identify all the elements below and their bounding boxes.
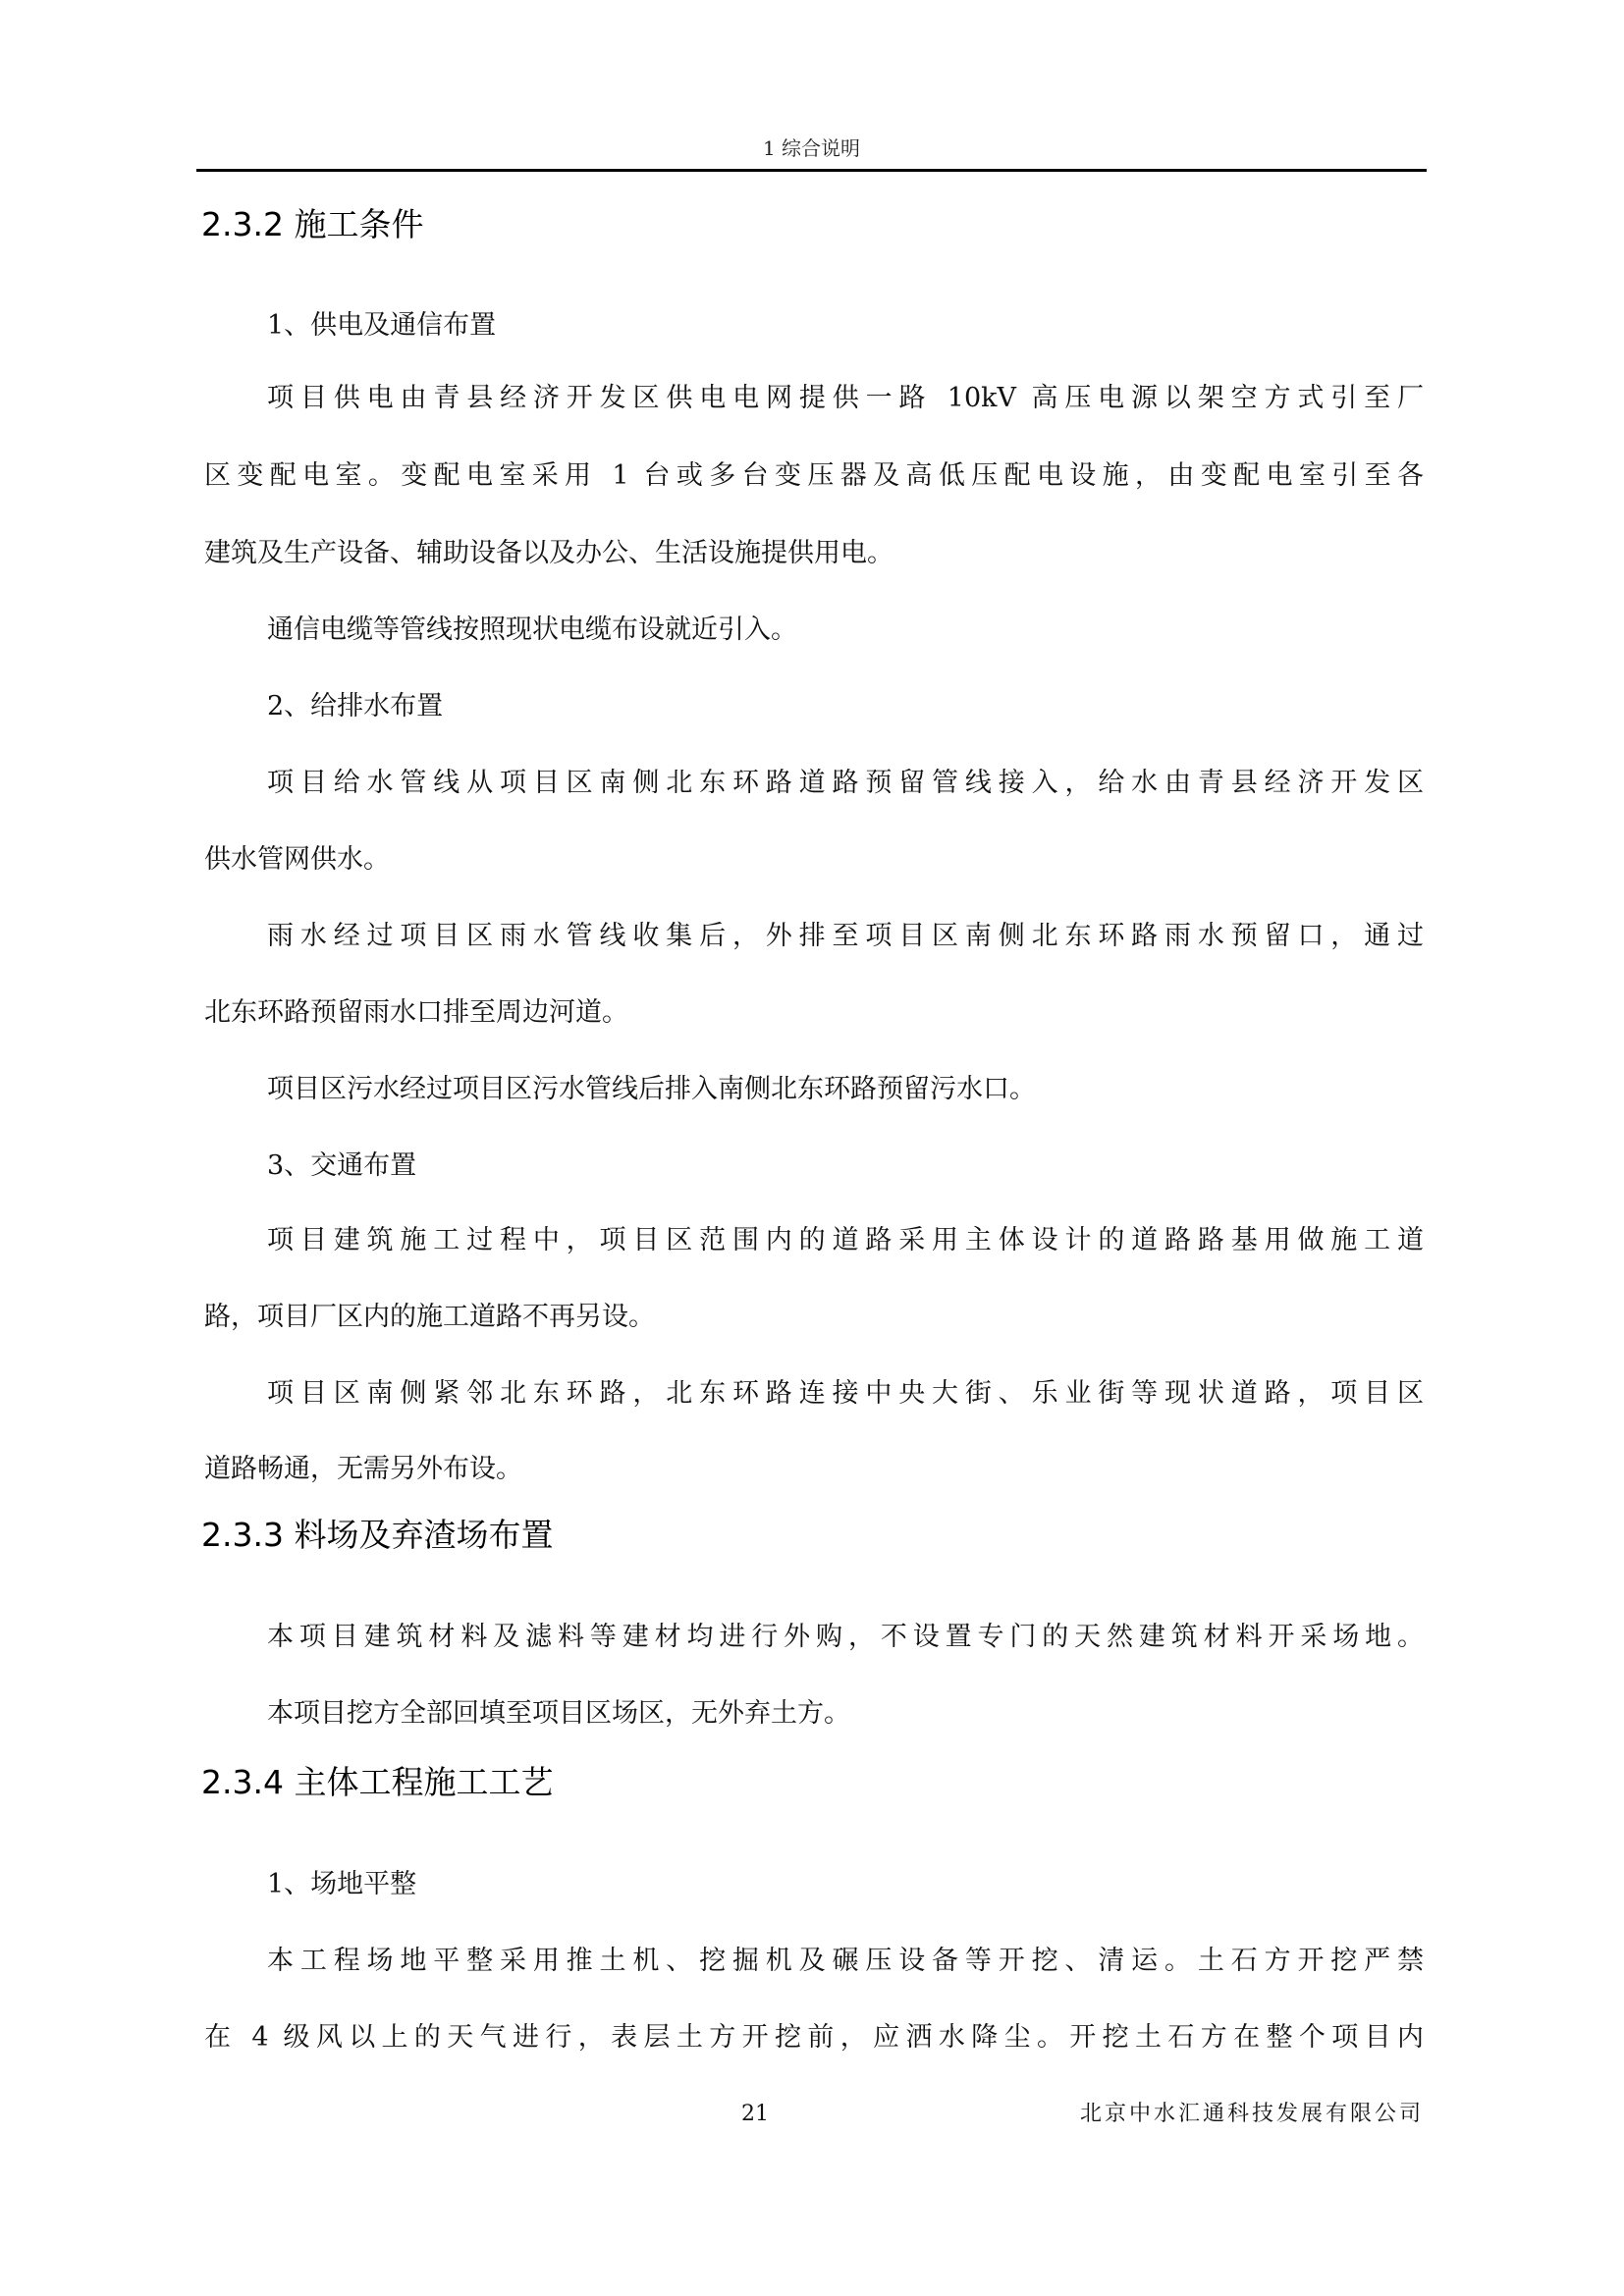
section-heading-2-3-3: 2.3.3 料场及弃渣场布置 <box>201 1516 553 1555</box>
subsection-title-water: 2、给排水布置 <box>267 691 1424 722</box>
running-header: 1 综合说明 <box>196 135 1427 161</box>
subsection-title-site-leveling: 1、场地平整 <box>267 1869 1424 1900</box>
paragraph-line: 项目给水管线从项目区南侧北东环路道路预留管线接入，给水由青县经济开发区 <box>267 768 1424 799</box>
paragraph-line: 项目建筑施工过程中，项目区范围内的道路采用主体设计的道路路基用做施工道 <box>267 1225 1424 1256</box>
header-rule <box>196 169 1427 172</box>
paragraph-line: 雨水经过项目区雨水管线收集后，外排至项目区南侧北东环路雨水预留口，通过 <box>267 921 1424 952</box>
paragraph-line: 项目区污水经过项目区污水管线后排入南侧北东环路预留污水口。 <box>267 1074 1424 1105</box>
paragraph-line: 项目供电由青县经济开发区供电电网提供一路 10kV 高压电源以架空方式引至厂 <box>267 383 1424 414</box>
subsection-title-traffic: 3、交通布置 <box>267 1150 1424 1182</box>
paragraph-line: 在 4 级风以上的天气进行，表层土方开挖前，应洒水降尘。开挖土石方在整个项目内 <box>204 2022 1424 2054</box>
paragraph-line: 建筑及生产设备、辅助设备以及办公、生活设施提供用电。 <box>204 538 1424 569</box>
page-number: 21 <box>741 2101 769 2128</box>
subsection-title-power-communication: 1、供电及通信布置 <box>267 310 1424 342</box>
section-heading-2-3-4: 2.3.4 主体工程施工工艺 <box>201 1763 553 1802</box>
document-page: 1 综合说明 2.3.2 施工条件 1、供电及通信布置 项目供电由青县经济开发区… <box>0 0 1624 2296</box>
paragraph-line: 区变配电室。变配电室采用 1 台或多台变压器及高低压配电设施，由变配电室引至各 <box>204 460 1424 492</box>
paragraph-line: 项目区南侧紧邻北东环路，北东环路连接中央大街、乐业街等现状道路，项目区 <box>267 1378 1424 1410</box>
paragraph-line: 路，项目厂区内的施工道路不再另设。 <box>204 1302 1424 1333</box>
paragraph-line: 本工程场地平整采用推土机、挖掘机及碾压设备等开挖、清运。土石方开挖严禁 <box>267 1946 1424 1977</box>
paragraph-line: 本项目建筑材料及滤料等建材均进行外购，不设置专门的天然建筑材料开采场地。 <box>267 1622 1424 1653</box>
paragraph-line: 供水管网供水。 <box>204 844 1424 876</box>
footer-company-name: 北京中水汇通科技发展有限公司 <box>1080 2101 1421 2128</box>
paragraph-line: 北东环路预留雨水口排至周边河道。 <box>204 997 1424 1029</box>
section-heading-2-3-2: 2.3.2 施工条件 <box>201 205 423 244</box>
paragraph-line: 本项目挖方全部回填至项目区场区，无外弃土方。 <box>267 1698 1424 1730</box>
paragraph-line: 通信电缆等管线按照现状电缆布设就近引入。 <box>267 614 1424 646</box>
paragraph-line: 道路畅通，无需另外布设。 <box>204 1454 1424 1485</box>
